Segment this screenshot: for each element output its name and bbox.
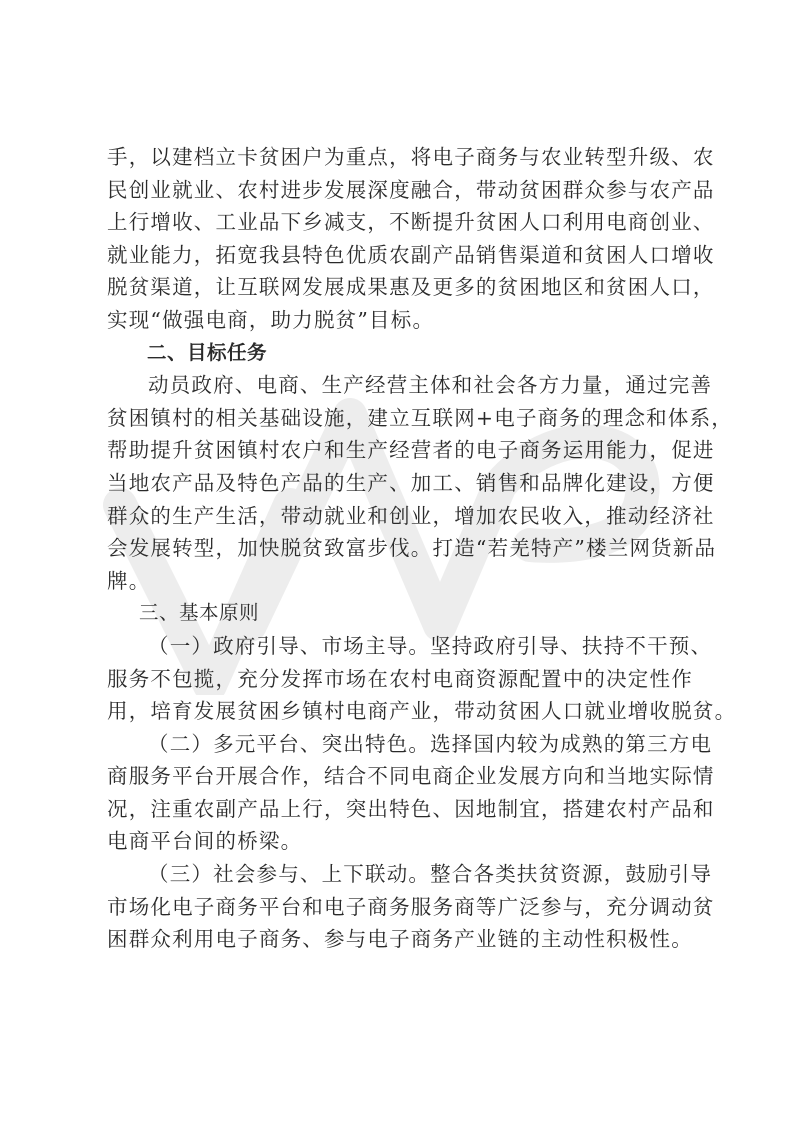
section-heading-goals: 二、目标任务 [107, 337, 687, 370]
text-line: 群众的生产生活，带动就业和创业，增加农民收入，推动经济社 [107, 500, 687, 533]
goals-paragraph: 动员政府、电商、生产经营主体和社会各方力量，通过完善 贫困镇村的相关基础设施，建… [107, 369, 687, 597]
text-line: 帮助提升贫困镇村农户和生产经营者的电子商务运用能力，促进 [107, 434, 687, 467]
intro-paragraph: 手，以建档立卡贫困户为重点，将电子商务与农业转型升级、农 民创业就业、农村进步发… [107, 141, 687, 337]
text-line: 动员政府、电商、生产经营主体和社会各方力量，通过完善 [107, 369, 687, 402]
principle-paragraph-2: （二）多元平台、突出特色。选择国内较为成熟的第三方电 商服务平台开展合作，结合不… [107, 728, 687, 858]
text-line: 手，以建档立卡贫困户为重点，将电子商务与农业转型升级、农 [107, 141, 687, 174]
text-line: 牌。 [107, 565, 687, 598]
text-line: （二）多元平台、突出特色。选择国内较为成熟的第三方电 [107, 728, 687, 761]
text-line: 就业能力，拓宽我县特色优质农副产品销售渠道和贫困人口增收 [107, 239, 687, 272]
document-page: 手，以建档立卡贫困户为重点，将电子商务与农业转型升级、农 民创业就业、农村进步发… [0, 0, 793, 1122]
text-line: 电商平台间的桥梁。 [107, 825, 687, 858]
text-line: （一）政府引导、市场主导。坚持政府引导、扶持不干预、 [107, 630, 687, 663]
text-line: 当地农产品及特色产品的生产、加工、销售和品牌化建设，方便 [107, 467, 687, 500]
document-body: 手，以建档立卡贫困户为重点，将电子商务与农业转型升级、农 民创业就业、农村进步发… [107, 141, 687, 956]
text-line: 商服务平台开展合作，结合不同电商企业发展方向和当地实际情 [107, 760, 687, 793]
text-line: 市场化电子商务平台和电子商务服务商等广泛参与，充分调动贫 [107, 891, 687, 924]
principle-paragraph-3: （三）社会参与、上下联动。整合各类扶贫资源，鼓励引导 市场化电子商务平台和电子商… [107, 858, 687, 956]
text-line: 会发展转型，加快脱贫致富步伐。打造“若羌特产”楼兰网货新品 [107, 532, 687, 565]
text-line: 实现“做强电商，助力脱贫”目标。 [107, 304, 687, 337]
text-line: 况，注重农副产品上行，突出特色、因地制宜，搭建农村产品和 [107, 793, 687, 826]
text-line: 用，培育发展贫困乡镇村电商产业，带动贫困人口就业增收脱贫。 [107, 695, 687, 728]
text-line: 贫困镇村的相关基础设施，建立互联网+电子商务的理念和体系， [107, 402, 687, 435]
text-line: 服务不包揽，充分发挥市场在农村电商资源配置中的决定性作 [107, 663, 687, 696]
section-heading-principles: 三、基本原则 [107, 597, 687, 630]
text-line: 上行增收、工业品下乡减支，不断提升贫困人口利用电商创业、 [107, 206, 687, 239]
principle-paragraph-1: （一）政府引导、市场主导。坚持政府引导、扶持不干预、 服务不包揽，充分发挥市场在… [107, 630, 687, 728]
text-line: 民创业就业、农村进步发展深度融合，带动贫困群众参与农产品 [107, 174, 687, 207]
text-line: （三）社会参与、上下联动。整合各类扶贫资源，鼓励引导 [107, 858, 687, 891]
text-line: 困群众利用电子商务、参与电子商务产业链的主动性积极性。 [107, 923, 687, 956]
text-line: 脱贫渠道，让互联网发展成果惠及更多的贫困地区和贫困人口， [107, 271, 687, 304]
